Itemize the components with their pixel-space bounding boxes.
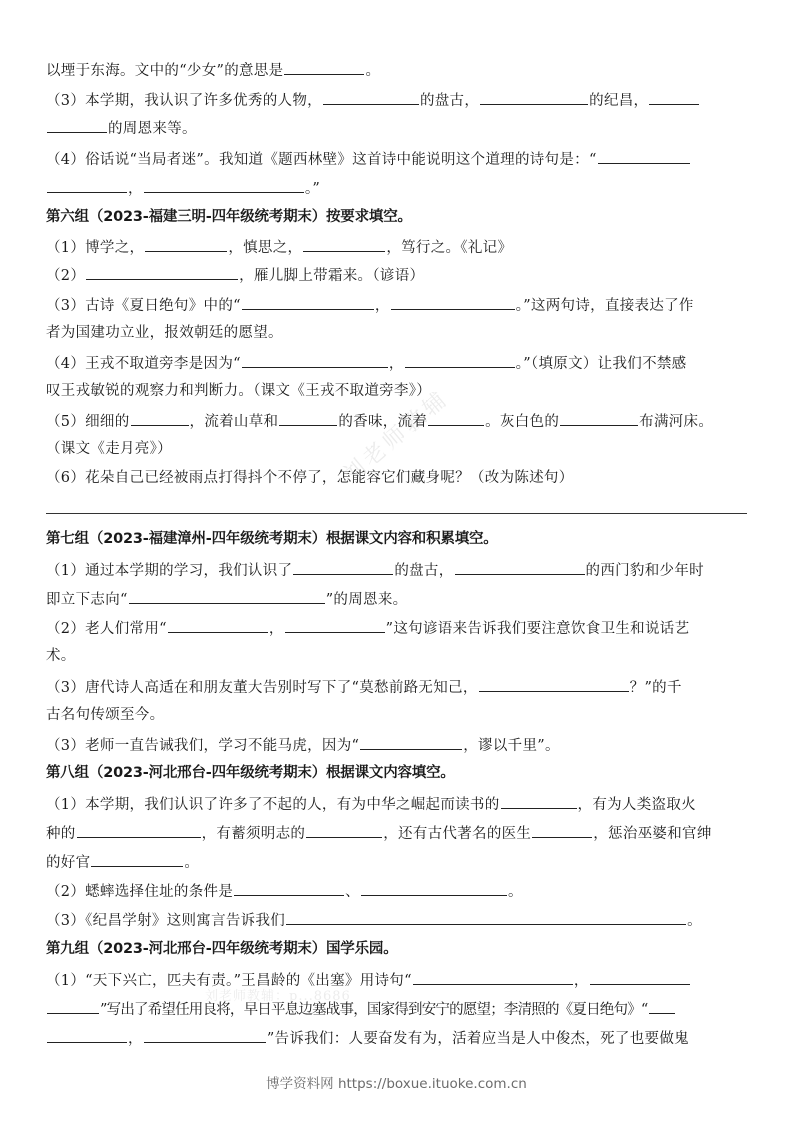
text: ，笃行之。《礼记》 — [386, 240, 512, 256]
answer-blank[interactable] — [279, 409, 337, 426]
answer-blank[interactable] — [306, 821, 382, 838]
answer-blank[interactable] — [286, 908, 686, 925]
answer-blank[interactable] — [168, 616, 268, 633]
group7-heading: 第七组（2023-福建漳州-四年级统考期末）根据课文内容和积累填空。 — [46, 528, 747, 550]
answer-blank[interactable] — [47, 116, 107, 133]
text: （2） — [46, 268, 85, 284]
watermark: 刘老师教辅：p...8686 — [205, 985, 351, 1004]
text: ，谬以千里”。 — [463, 738, 560, 754]
answer-blank[interactable] — [285, 616, 385, 633]
answer-blank[interactable] — [405, 351, 515, 368]
question-line: （1）博学之，，慎思之，，笃行之。《礼记》 — [46, 235, 747, 259]
group6-heading: 第六组（2023-福建三明-四年级统考期末）按要求填空。 — [46, 206, 747, 228]
text: ，有为人类盗取火 — [578, 797, 696, 813]
question-line: （3）《纪昌学射》这则寓言告诉我们。 — [46, 908, 747, 932]
text: 。 — [365, 63, 380, 79]
group8-heading: 第八组（2023-河北邢台-四年级统考期末）根据课文内容填空。 — [46, 762, 747, 784]
text: ，有蓄须明志的 — [202, 826, 306, 842]
text: （3）老师一直告诫我们，学习不能马虎，因为“ — [46, 738, 359, 754]
text: 。 — [508, 884, 523, 900]
answer-blank[interactable] — [303, 235, 385, 252]
question-line: 即立下志向“”的周恩来。 — [46, 587, 747, 611]
document-page: 以堙于东海。文中的“少女”的意思是。 （3）本学期，我认识了许多优秀的人物，的盘… — [0, 0, 793, 1122]
text: ， — [269, 621, 284, 637]
answer-blank[interactable] — [532, 821, 592, 838]
text: 的西门豹和少年时 — [586, 563, 704, 579]
question-line: 的好官。 — [46, 850, 747, 874]
text: 、 — [345, 884, 360, 900]
answer-blank[interactable] — [47, 1026, 127, 1043]
text: （3）唐代诗人高适在和朋友董大告别时写下了“莫愁前路无知己， — [46, 680, 478, 696]
answer-blank[interactable] — [242, 293, 374, 310]
answer-blank[interactable] — [293, 558, 393, 575]
text: 。 — [184, 855, 199, 871]
group9-heading: 第九组（2023-河北邢台-四年级统考期末）国学乐园。 — [46, 938, 747, 960]
question-line: （1）“天下兴亡，匹夫有责。”王昌龄的《出塞》用诗句“， — [46, 968, 747, 992]
text: （4）王戎不取道旁李是因为“ — [46, 356, 241, 372]
text: 。”（填原文）让我们不禁感 — [516, 356, 687, 372]
text: ，还有古代著名的医生 — [383, 826, 531, 842]
answer-blank[interactable] — [91, 850, 183, 867]
answer-blank[interactable] — [323, 88, 419, 105]
footer-link[interactable]: 博学资料网 https://boxue.ituoke.com.cn — [0, 1072, 793, 1092]
question-line: 叹王戎敏锐的观察力和判断力。（课文《王戎不取道旁李》） — [46, 380, 747, 402]
text: ， — [128, 181, 143, 197]
question-line: 术。 — [46, 645, 747, 667]
answer-blank[interactable] — [129, 587, 325, 604]
text: ？”的千 — [630, 680, 682, 696]
text: ”的周恩来。 — [326, 592, 408, 608]
text: ， — [375, 298, 390, 314]
answer-blank[interactable] — [360, 733, 462, 750]
text: （4）俗话说“当局者迷”。我知道《题西林壁》这首诗中能说明这个道理的诗句是：“ — [46, 152, 597, 168]
question-line: （2），雁儿脚上带霜来。（谚语） — [46, 263, 747, 287]
answer-blank[interactable] — [144, 176, 304, 193]
text: ”写出了希望任用良将，早日平息边塞战事，国家得到安宁的愿望；李清照的《夏日绝句》… — [100, 1002, 648, 1018]
text: （1）通过本学期的学习，我们认识了 — [46, 563, 292, 579]
text: （2）蟋蟀选择住址的条件是 — [46, 884, 233, 900]
continuation-line: 以堙于东海。文中的“少女”的意思是。 — [46, 58, 747, 82]
answer-blank[interactable] — [77, 821, 201, 838]
text: （3）《纪昌学射》这则寓言告诉我们 — [46, 913, 285, 929]
text: （5）细细的 — [46, 414, 130, 430]
question-line: （6）花朵自己已经被雨点打得抖个不停了，怎能容它们藏身呢？（改为陈述句） — [46, 467, 747, 489]
question-line: （4）俗话说“当局者迷”。我知道《题西林壁》这首诗中能说明这个道理的诗句是：“ — [46, 147, 747, 171]
answer-blank[interactable] — [649, 88, 699, 105]
text: （3）古诗《夏日绝句》中的“ — [46, 298, 241, 314]
question-line: ，。” — [46, 176, 747, 200]
answer-blank[interactable] — [86, 263, 238, 280]
answer-blank[interactable] — [590, 968, 690, 985]
answer-blank[interactable] — [479, 675, 629, 692]
answer-blank[interactable] — [501, 792, 577, 809]
answer-blank[interactable] — [144, 1026, 266, 1043]
text: （1）本学期，我们认识了许多了不起的人，有为中华之崛起而读书的 — [46, 797, 500, 813]
answer-blank[interactable] — [480, 88, 588, 105]
question-line: （3）古诗《夏日绝句》中的“，。”这两句诗，直接表达了作 — [46, 293, 747, 317]
answer-blank[interactable] — [284, 58, 364, 75]
text: （1）博学之， — [46, 240, 144, 256]
answer-blank[interactable] — [649, 997, 675, 1014]
text: ， — [574, 973, 589, 989]
answer-blank[interactable] — [413, 968, 573, 985]
text: ”告诉我们：人要奋发有为，活着应当是人中俊杰，死了也要做鬼 — [267, 1031, 689, 1047]
question-line: （2）老人们常用“，”这句谚语来告诉我们要注意饮食卫生和说话艺 — [46, 616, 747, 640]
question-line: （3）老师一直告诫我们，学习不能马虎，因为“，谬以千里”。 — [46, 733, 747, 757]
question-line: 种的，有蓄须明志的，还有古代著名的医生，惩治巫婆和官绅 — [46, 821, 747, 845]
text: ， — [128, 1031, 143, 1047]
question-line: （3）唐代诗人高适在和朋友董大告别时写下了“莫愁前路无知己，？”的千 — [46, 675, 747, 699]
text: ，雁儿脚上带霜来。（谚语） — [239, 268, 424, 284]
text: 的盘古， — [420, 93, 479, 109]
question-line: （4）王戎不取道旁李是因为“，。”（填原文）让我们不禁感 — [46, 351, 747, 375]
text: （3）本学期，我认识了许多优秀的人物， — [46, 93, 322, 109]
question-line: 古名句传颂至今。 — [46, 704, 747, 726]
answer-blank[interactable] — [145, 235, 227, 252]
text: ，流着山草和 — [190, 414, 279, 430]
text: ，惩治巫婆和官绅 — [593, 826, 711, 842]
answer-blank[interactable] — [391, 293, 515, 310]
question-line: ，”告诉我们：人要奋发有为，活着应当是人中俊杰，死了也要做鬼 — [46, 1026, 747, 1050]
text: 的盘古， — [394, 563, 453, 579]
answer-blank[interactable] — [455, 558, 585, 575]
answer-blank[interactable] — [598, 147, 690, 164]
question-line: ”写出了希望任用良将，早日平息边塞战事，国家得到安宁的愿望；李清照的《夏日绝句》… — [46, 997, 747, 1021]
text: 布满河床。 — [639, 414, 713, 430]
text: 。”这两句诗，直接表达了作 — [516, 298, 694, 314]
answer-blank[interactable] — [242, 351, 388, 368]
text: （2）老人们常用“ — [46, 621, 167, 637]
question-line: （1）通过本学期的学习，我们认识了的盘古，的西门豹和少年时 — [46, 558, 747, 582]
question-line: 的周恩来等。 — [46, 116, 747, 140]
text: 。灰白色的 — [485, 414, 559, 430]
answer-blank[interactable] — [234, 879, 344, 896]
text: 的好官 — [46, 855, 90, 871]
text: 种的 — [46, 826, 76, 842]
answer-line[interactable] — [46, 513, 747, 514]
text: 的纪昌， — [589, 93, 648, 109]
text: 。 — [687, 913, 702, 929]
text: ”这句谚语来告诉我们要注意饮食卫生和说话艺 — [386, 621, 690, 637]
answer-blank[interactable] — [560, 409, 638, 426]
text: 。” — [305, 181, 320, 197]
question-line: 者为国建功立业，报效朝廷的愿望。 — [46, 322, 747, 344]
text: ，慎思之， — [228, 240, 302, 256]
question-line: （1）本学期，我们认识了许多了不起的人，有为中华之崛起而读书的，有为人类盗取火 — [46, 792, 747, 816]
question-line: （2）蟋蟀选择住址的条件是、。 — [46, 879, 747, 903]
answer-blank[interactable] — [361, 879, 507, 896]
text: 即立下志向“ — [46, 592, 128, 608]
text: 以堙于东海。文中的“少女”的意思是 — [46, 63, 283, 79]
question-line: （3）本学期，我认识了许多优秀的人物，的盘古，的纪昌， — [46, 88, 747, 112]
text: ， — [389, 356, 404, 372]
answer-blank[interactable] — [47, 997, 99, 1014]
answer-blank[interactable] — [131, 409, 189, 426]
text: 的周恩来等。 — [108, 121, 197, 137]
answer-blank[interactable] — [47, 176, 127, 193]
